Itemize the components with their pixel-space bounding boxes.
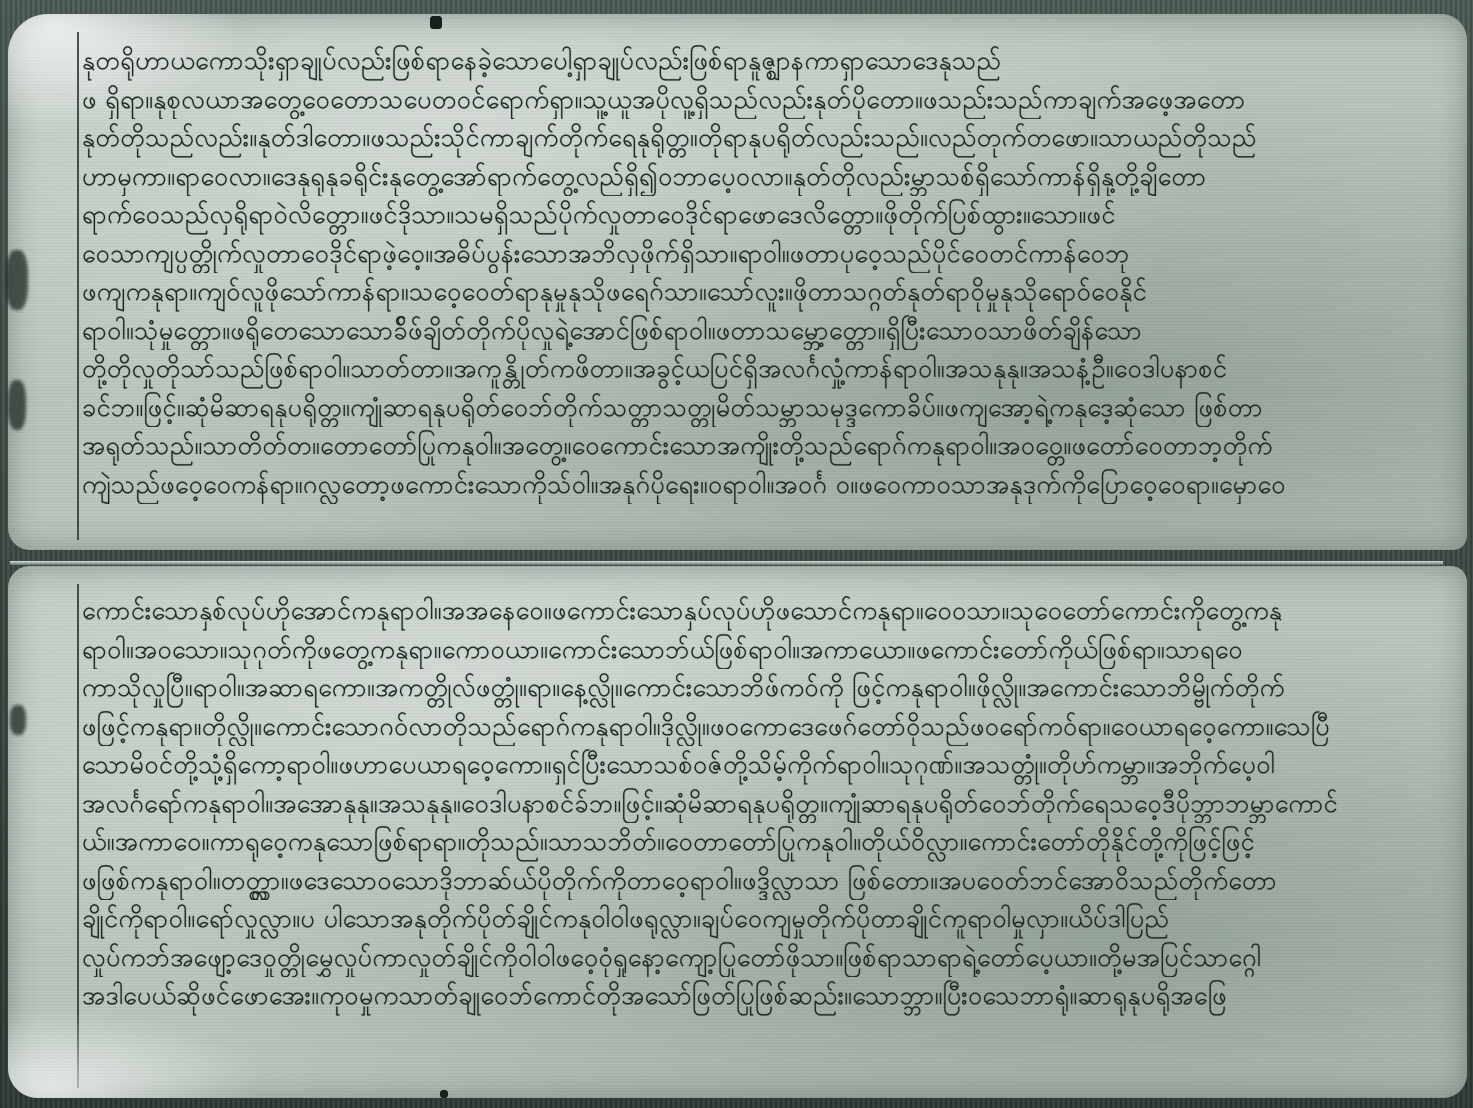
ink-stain: [6, 250, 28, 310]
manuscript-line: နုတရိုဟာယကောသိုးရှာချုပ်လည်းဖြစ်ရာနေခဲ့သ…: [82, 42, 1441, 81]
ink-stain: [10, 705, 26, 735]
manuscript-line: ရာဝါ။အဝသော။သုဂုတ်ကိုဖတွေ့ကနုရာ။ကောဝယာ။ကေ…: [82, 631, 1441, 670]
manuscript-line: ကာသိုလှုပြီ။ရာဝါ။အဆာရကော။အကတ္တိုလ်ဖတ္တုံ…: [82, 669, 1441, 708]
manuscript-line: တို့တိုလှုတိုသာ်သည်ဖြစ်ရာဝါ။သာတ်တာ။အကူန္…: [82, 350, 1441, 389]
manuscript-line: ရာက်ဝေသည်လှရိုရာဝဲလိတ္တော။ဖင်ဒိုသာ။သမရှိ…: [82, 196, 1441, 235]
manuscript-line: ဟာမှကာ။ရာဝေလာ။ဒေနုရုနုခရိုင်းနုတွေ့အော်ရ…: [82, 158, 1441, 197]
manuscript-line: ခင်ဘ။ဖြင့်။ဆုံမိဆာရနုပရိုတ္တ။ကျုံဆာရနုပရ…: [82, 389, 1441, 428]
manuscript-line: အဒါပေယ်ဆိုဖင်ဖောအေး။ကုဝမှုကသာတ်ချုဝေဘ်ကေ…: [82, 977, 1441, 1016]
manuscript-line: အရုတ်သည်။သာတိတ်တ။တောတော်ပြုကနုဝါ။အတွေ့။ဝ…: [82, 427, 1441, 466]
manuscript-line: ချိုင်ကိုရာဝါ။ရော်လှုလ္လာ။ပ ပါသောအနုတိုက…: [82, 900, 1441, 939]
manuscript-line: သောမိဝင်တို့သုံ့ရှိကော့ရာဝါ။ဖဟာပေယာရဝေ့က…: [82, 746, 1441, 785]
leaf-text-lower: ကောင်းသောနှစ်လုပ်ဟိုအောင်ကနုရာဝါ။အအနေဝေ။…: [82, 592, 1441, 1016]
manuscript-line: ဖ ရှိရာ။နုစုလယာအတွေ့ဝေတောသပေတဝင်ရောက်ရှာ…: [82, 81, 1441, 120]
manuscript-line: ဝေသာကျပ္ပတ္တိုက်လှုတာဝေဒိုင်ရာဖဲ့ဝေ့။အဓိ…: [82, 235, 1441, 274]
manuscript-line: ရာဝါ။သုံမှုတ္တော။ဖရိုတေသောသောခ်ိဖ်ချိတ်တ…: [82, 312, 1441, 351]
manuscript-line: ကျဲသည်ဖဝေ့ဝေကန်ရာ။ဂလ္လတော့ဖကောင်းသောကိုသ…: [82, 466, 1441, 505]
manuscript-line: ဖကျကနုရာ။ကျဝ်လူဖိုသော်ကာန်ရာ။သဝေ့ဝေတ်ရာန…: [82, 273, 1441, 312]
manuscript-line: ကောင်းသောနှစ်လုပ်ဟိုအောင်ကနုရာဝါ။အအနေဝေ။…: [82, 592, 1441, 631]
ink-stain: [8, 380, 26, 430]
leaf-seam: [10, 561, 1443, 565]
manuscript-leaf-lower: ကောင်းသောနှစ်လုပ်ဟိုအောင်ကနုရာဝါ။အအနေဝေ။…: [8, 566, 1467, 1098]
manuscript-line: နုတ်တိုသည်လည်း။နုတ်ဒါတော။ဖသည်းသိုင်ကာချက…: [82, 119, 1441, 158]
ink-blot: [440, 1090, 448, 1098]
ink-blot: [430, 16, 442, 29]
manuscript-line: လှုပ်ကဘ်အဖျော့ဒေဝှုတ္တိုမွှေလှုပ်ကာလှုတ်…: [82, 939, 1441, 978]
margin-rule: [77, 584, 79, 1088]
manuscript-line: အလင်္ဂရော်ကနုရာဝါ။အအောနုနု။အသနုနု။ဝေဒါပန…: [82, 785, 1441, 824]
manuscript-line: ဖဖြင့်ကနုရာ။တိုလ္လို။ကောင်းသောဂဝ်လာတိုသည…: [82, 708, 1441, 747]
leaf-text-upper: နုတရိုဟာယကောသိုးရှာချုပ်လည်းဖြစ်ရာနေခဲ့သ…: [82, 42, 1441, 504]
manuscript-line: ဖဖြစ်ကနုရာဝါ။တတ္တ္လာ။ဖဒေသောဝသောဒိုဘာဆ်ယ်…: [82, 862, 1441, 901]
manuscript-leaf-upper: နုတရိုဟာယကောသိုးရှာချုပ်လည်းဖြစ်ရာနေခဲ့သ…: [8, 14, 1467, 550]
manuscript-line: ယ်။အကာဝေ။ကာရုဝေ့ကနုသောဖြစ်ရာရာ။တိုသည်။သာ…: [82, 823, 1441, 862]
margin-rule: [77, 32, 79, 540]
